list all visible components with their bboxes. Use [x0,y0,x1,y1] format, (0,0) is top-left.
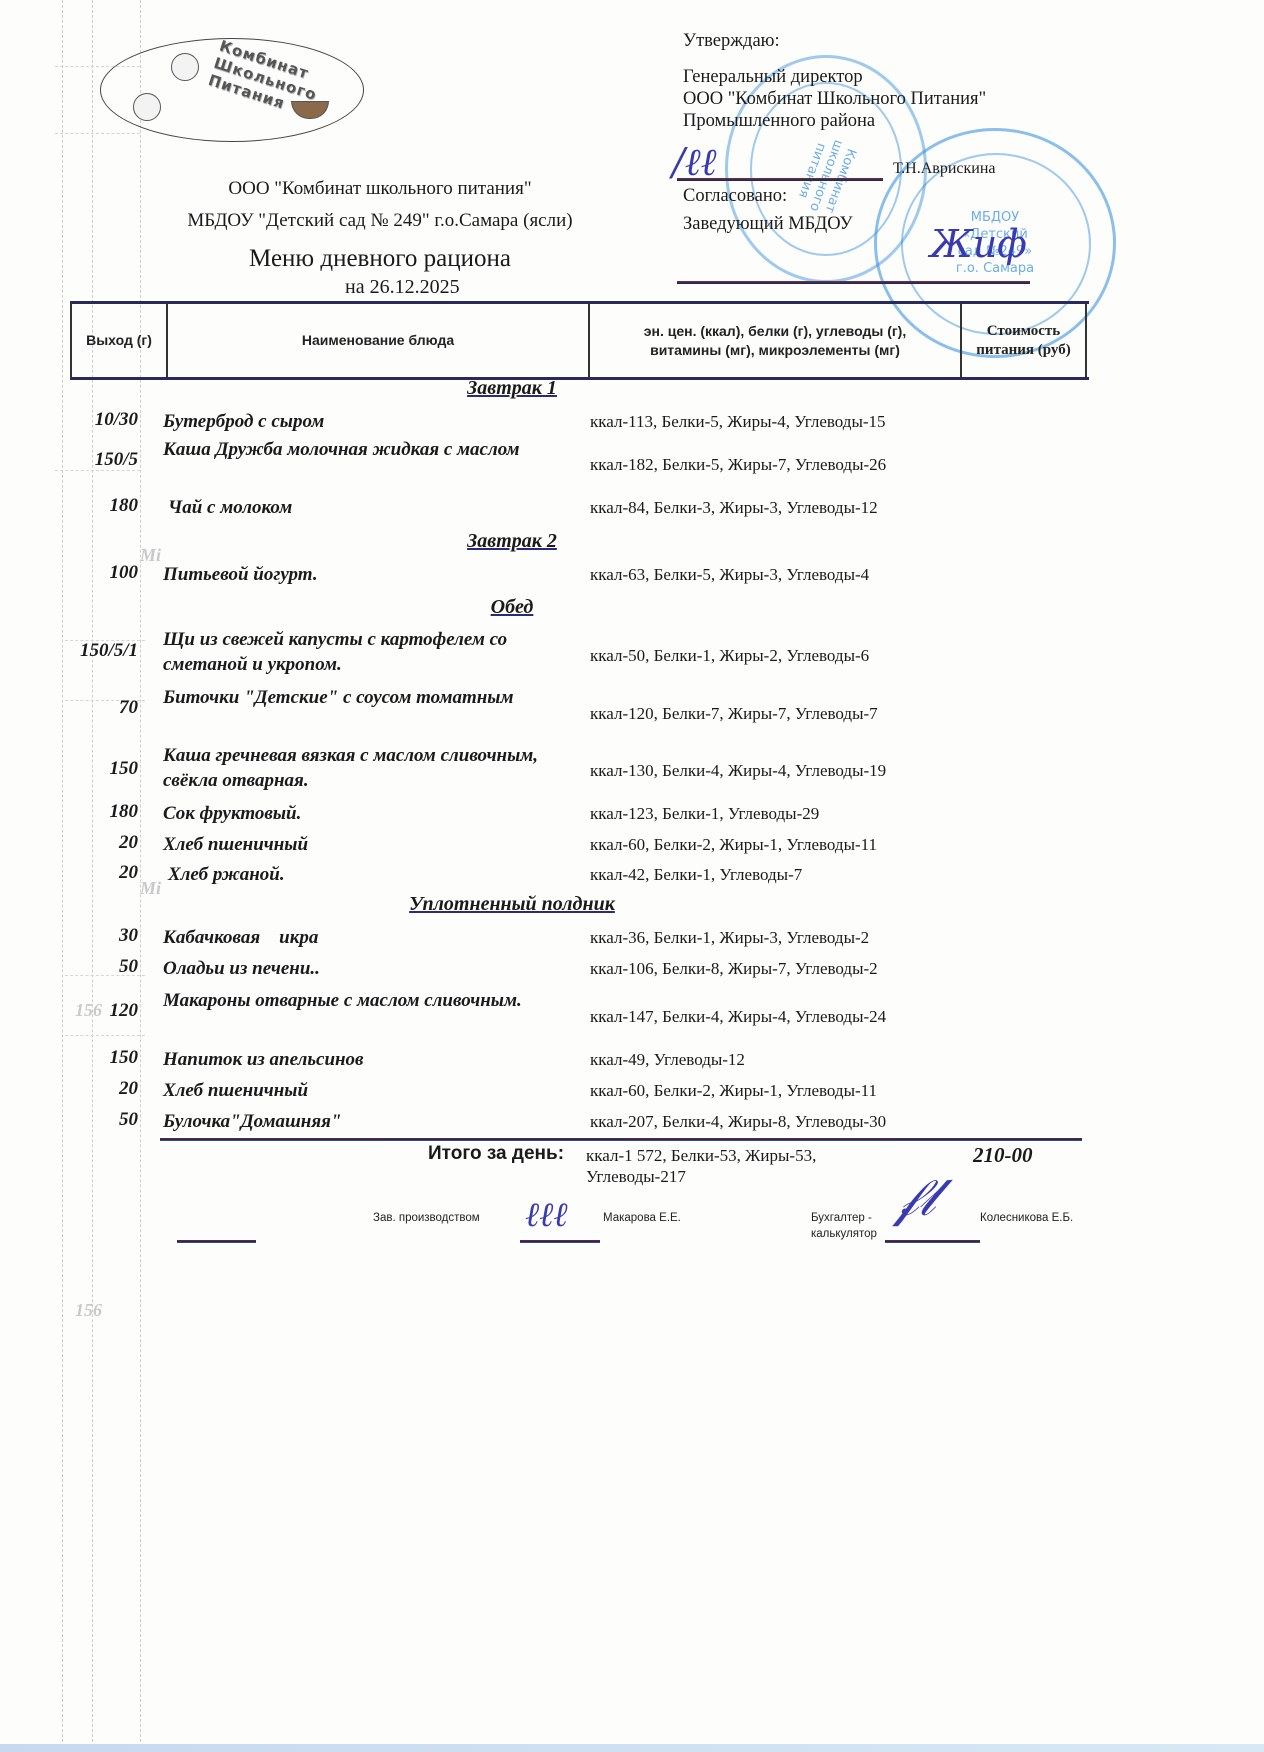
scan-edge [0,1744,1264,1752]
signature-line [520,1240,600,1243]
signature-line [677,178,883,181]
signature-line [885,1240,980,1243]
signature-line [177,1240,256,1243]
total-label: Итого за день: [428,1143,564,1165]
agreed-position: Заведующий МБДОУ [683,213,853,235]
production-head-signature: ℓℓℓ [525,1195,567,1235]
column-cost: Стоимость питания (руб) [962,304,1087,377]
total-cost: 210-00 [973,1143,1033,1168]
agreed-label: Согласовано: [683,185,787,207]
logo-text: Комбинат Школьного Питания [206,37,356,132]
column-dish: Наименование блюда [168,304,590,377]
section-heading: Уплотненный полдник [409,893,615,916]
table-header: Выход (г) Наименование блюда эн. цен. (к… [70,301,1089,380]
section-heading: Завтрак 1 [467,377,557,400]
production-head-name: Макарова Е.Е. [603,1210,681,1226]
signature-line [677,281,1030,284]
head-signature: Жиф [930,222,1027,266]
approve-label: Утверждаю: [683,30,780,52]
approver-position: Генеральный директор ООО "Комбинат Школь… [683,66,986,132]
menu-date: на 26.12.2025 [345,276,460,299]
production-head-label: Зав. производством [373,1210,480,1226]
accountant-signature: 𝒻𝓁 [895,1168,935,1229]
child-face-icon [171,53,199,81]
table-bottom-rule [160,1138,1082,1141]
institution-name: МБДОУ "Детский сад № 249" г.о.Самара (яс… [130,210,630,232]
accountant-label: Бухгалтер - калькулятор [811,1210,877,1242]
section-heading: Завтрак 2 [467,530,557,553]
approver-name: Т.Н.Аврискина [893,160,996,178]
company-logo: Комбинат Школьного Питания [100,38,364,142]
child-face-icon [133,93,161,121]
total-nutrition: ккал-1 572, Белки-53, Жиры-53, Углеводы-… [586,1145,816,1187]
org-name: ООО "Комбинат школьного питания" [130,178,630,200]
accountant-name: Колесникова Е.Б. [980,1210,1073,1226]
section-heading: Обед [491,596,534,619]
page-title: Меню дневного рациона [180,245,580,273]
column-yield: Выход (г) [72,304,168,377]
column-nutrition: эн. цен. (ккал), белки (г), углеводы (г)… [590,304,962,377]
